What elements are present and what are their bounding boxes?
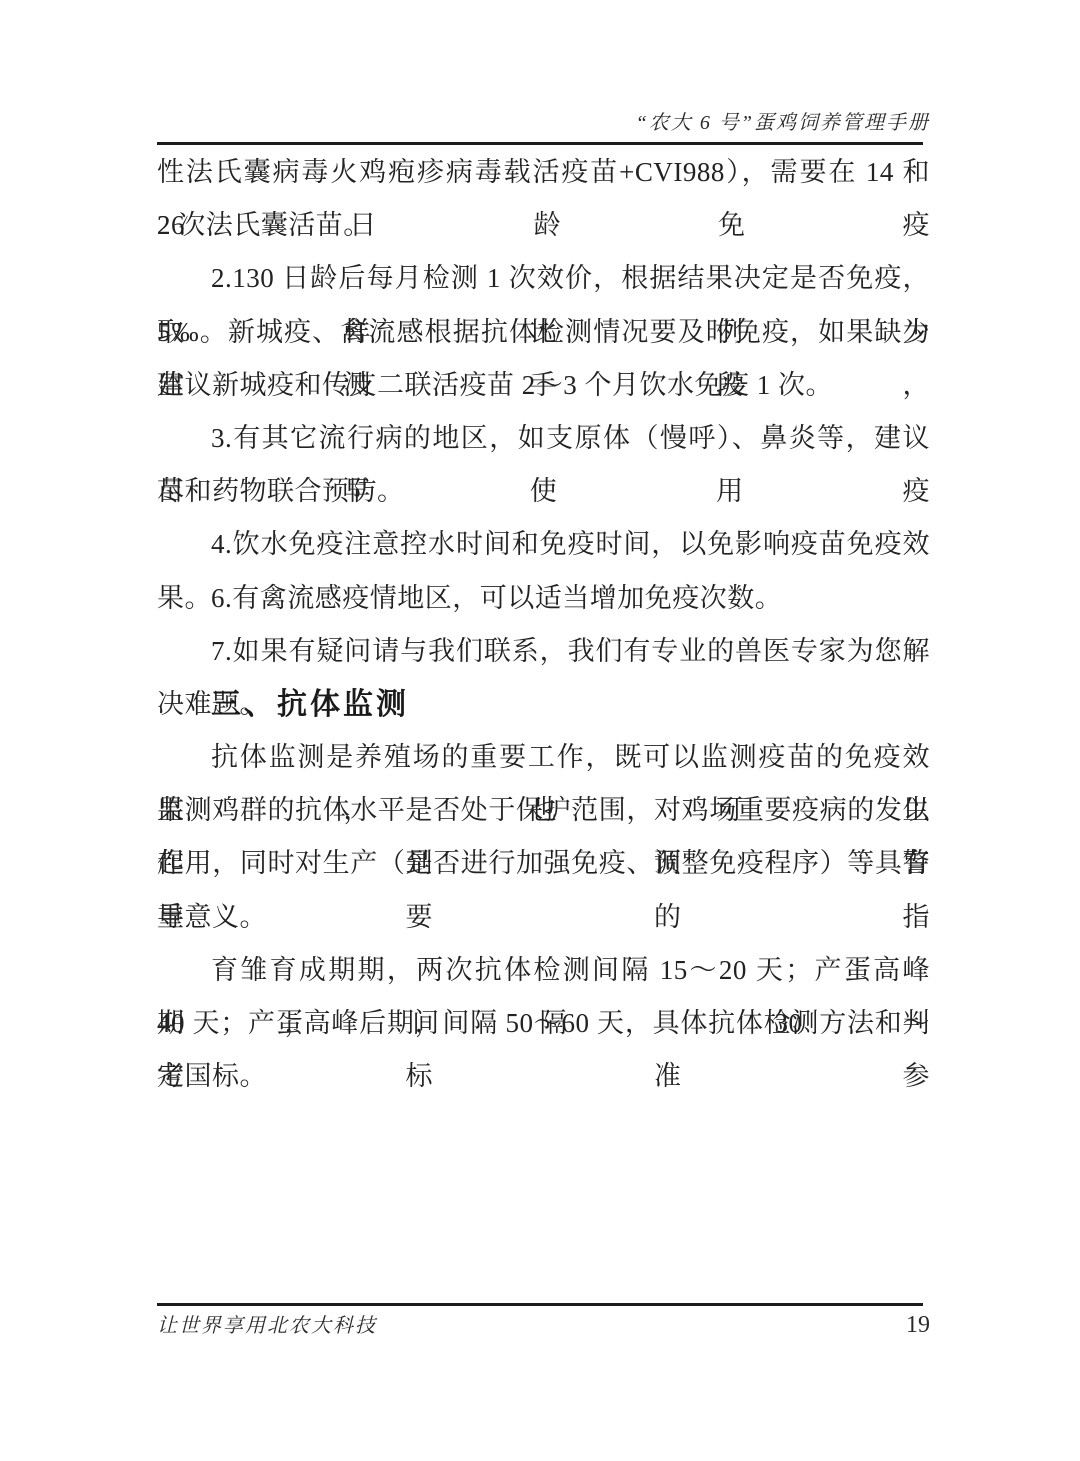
body-line: 4.饮水免疫注意控水时间和免疫时间，以免影响疫苗免疫效果。 xyxy=(157,518,930,571)
section-heading: 三、抗体监测 xyxy=(157,678,930,731)
body-line: 性法氏囊病毒火鸡疱疹病毒载活疫苗+CVI988），需要在 14 和 26 日龄免… xyxy=(157,146,930,199)
body-line: 育雏育成期期，两次抗体检测间隔 15～20 天；产蛋高峰期，间隔 30～ xyxy=(157,944,930,997)
body-line: 40 天；产蛋高峰后期，间隔 50～60 天，具体抗体检测方法和判定标准参 xyxy=(157,997,930,1050)
footer-slogan: 让世界享用北农大科技 xyxy=(157,1312,377,1340)
body-line: 监测鸡群的抗体水平是否处于保护范围，对鸡场重要疫病的发生起到预警 xyxy=(157,784,930,837)
body-line: 5‰。新城疫、禽流感根据抗体检测情况要及时免疫，如果缺少监测手段， xyxy=(157,306,930,359)
footer-rule xyxy=(157,1303,923,1306)
document-page: “农大 6 号”蛋鸡饲养管理手册 性法氏囊病毒火鸡疱疹病毒载活疫苗+CVI988… xyxy=(0,0,1080,1461)
body-line: 6.有禽流感疫情地区，可以适当增加免疫次数。 xyxy=(157,572,930,625)
body-line: 建议新城疫和传支二联活疫苗 2～3 个月饮水免疫 1 次。 xyxy=(157,359,930,412)
body-line: 7.如果有疑问请与我们联系，我们有专业的兽医专家为您解决难题。 xyxy=(157,625,930,678)
body-line: 抗体监测是养殖场的重要工作，既可以监测疫苗的免疫效果，也可以 xyxy=(157,731,930,784)
page-number: 19 xyxy=(906,1310,930,1340)
header-rule xyxy=(157,142,923,145)
body-line: 3.有其它流行病的地区，如支原体（慢呼）、鼻炎等，建议尽早使用疫 xyxy=(157,412,930,465)
page-content: 性法氏囊病毒火鸡疱疹病毒载活疫苗+CVI988），需要在 14 和 26 日龄免… xyxy=(157,146,930,1103)
header-title: “农大 6 号”蛋鸡饲养管理手册 xyxy=(636,110,930,136)
body-line: 2.130 日龄后每月检测 1 次效价，根据结果决定是否免疫，取样比例为 xyxy=(157,252,930,305)
body-line: 作用，同时对生产（是否进行加强免疫、调整免疫程序）等具有重要的指 xyxy=(157,837,930,890)
